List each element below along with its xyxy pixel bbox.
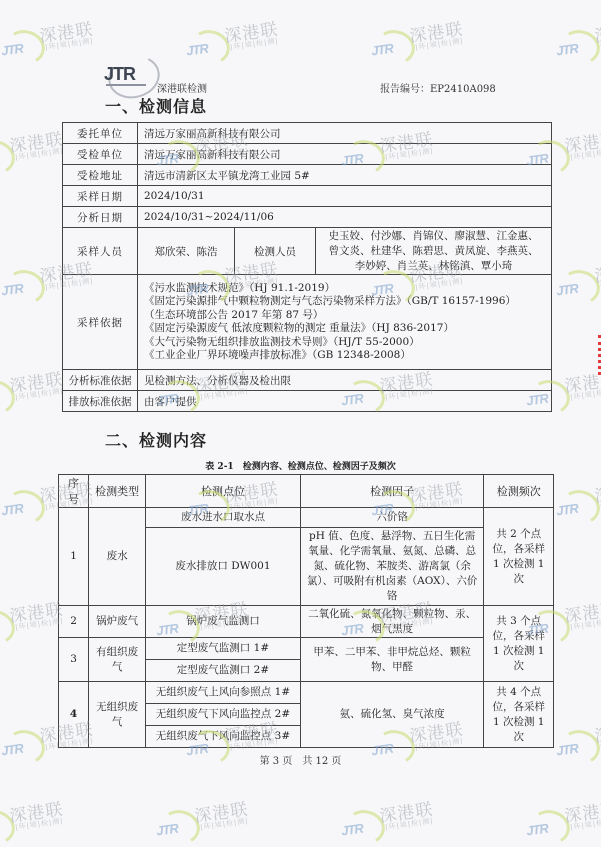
value-analysis-basis: 见检测方法、分析仪器及检出限 xyxy=(138,370,552,391)
label-client: 委托单位 xyxy=(63,123,138,144)
table-header: 序号 检测类型 检测点位 检测因子 检测频次 xyxy=(59,475,554,508)
value-sampling-date: 2024/10/31 xyxy=(138,186,552,207)
value-analysis-date: 2024/10/31~2024/11/06 xyxy=(138,207,552,228)
cell-point: 定型废气监测口 2# xyxy=(146,660,301,682)
cell-factor: 二氧化硫、氮氧化物、颗粒物、汞、烟气黑度 xyxy=(300,606,484,638)
staff-line: 曾文炎、杜建华、陈碧思、黄凤旋、李燕英、 xyxy=(320,244,547,259)
value-sampling-basis: 《污水监测技术规范》（HJ 91.1-2019） 《固定污染源排气中颗粒物测定与… xyxy=(138,275,552,370)
logo-text: JTR xyxy=(104,64,135,85)
watermark-logo-icon: JTR深港联|环|境|检|测| xyxy=(0,793,82,844)
cell-type: 无组织废气 xyxy=(89,682,146,748)
watermark-logo-icon: JTR深港联|环|境|检|测| xyxy=(553,253,601,304)
table-row: 4 无组织废气 无组织废气上风向参照点 1# 氨、硫化氢、臭气浓度 共 4 个点… xyxy=(59,682,554,704)
page-number: 第 3 页 共 12 页 xyxy=(0,752,601,767)
row-staff: 采样人员 郑欣荣、陈浩 检测人员 史玉姣、付沙娜、肖锦仪、廖淑慧、江金惠、 曾文… xyxy=(63,228,552,275)
row-address: 受检地址 清远市清新区太平镇龙湾工业园 5# xyxy=(63,165,552,186)
label-sampling-basis: 采样依据 xyxy=(63,275,138,370)
cell-factor: 氨、硫化氢、臭气浓度 xyxy=(300,682,484,748)
row-inspected: 受检单位 清远万家丽高新科技有限公司 xyxy=(63,144,552,165)
row-client: 委托单位 清远万家丽高新科技有限公司 xyxy=(63,123,552,144)
basis-line: 《固定污染源排气中颗粒物测定与气态污染物采样方法》（GB/T 16157-199… xyxy=(144,295,547,309)
basis-line: 《污水监测技术规范》（HJ 91.1-2019） xyxy=(144,282,547,296)
basis-line: 《大气污染物无组织排放监测技术导则》（HJ/T 55-2000） xyxy=(144,336,547,350)
basis-line: 《固定污染源废气 低浓度颗粒物的测定 重量法》（HJ 836-2017） xyxy=(144,322,547,336)
col-factor: 检测因子 xyxy=(300,475,484,508)
watermark-logo-icon: JTR深港联|环|境|检|测| xyxy=(553,13,601,64)
company-name: 深港联检测 xyxy=(157,80,207,95)
cell-factor: 六价铬 xyxy=(300,508,484,528)
info-table: 委托单位 清远万家丽高新科技有限公司 受检单位 清远万家丽高新科技有限公司 受检… xyxy=(62,122,552,412)
cell-point: 废水排放口 DW001 xyxy=(146,528,301,606)
label-inspected: 受检单位 xyxy=(63,144,138,165)
staff-line: 李妙婷、肖兰英、林铭滇、覃小琦 xyxy=(320,259,547,274)
table-row: 2 锅炉废气 锅炉废气监测口 二氧化硫、氮氧化物、颗粒物、汞、烟气黑度 共 3 … xyxy=(59,606,554,638)
cell-type: 废水 xyxy=(89,508,146,606)
section-title-info: 一、检测信息 xyxy=(105,94,207,117)
jtr-logo: JTR xyxy=(100,62,160,92)
report-page: JTR 深港联检测 报告编号：EP2410A098 一、检测信息 委托单位 清远… xyxy=(0,0,601,847)
cell-no: 1 xyxy=(59,508,89,606)
cell-point: 定型废气监测口 1# xyxy=(146,638,301,660)
cell-factor: 甲苯、二甲苯、非甲烷总烃、颗粒物、甲醛 xyxy=(300,638,484,682)
section-title-content: 二、检测内容 xyxy=(105,428,207,451)
table-row: 3 有组织废气 定型废气监测口 1# 甲苯、二甲苯、非甲烷总烃、颗粒物、甲醛 xyxy=(59,638,554,660)
staff-line: 史玉姣、付沙娜、肖锦仪、廖淑慧、江金惠、 xyxy=(320,229,547,244)
cell-point: 废水进水口取水点 xyxy=(146,508,301,528)
watermark-logo-icon: JTR深港联|环|境|检|测| xyxy=(553,473,601,524)
cell-frequency: 共 2 个点位，各采样 1 次检测 1 次 xyxy=(484,508,554,606)
value-emission-basis: 由客户提供 xyxy=(138,391,552,412)
cell-frequency: 共 3 个点位，各采样 1 次检测 1 次 xyxy=(484,606,554,682)
label-sampling-staff: 采样人员 xyxy=(63,228,138,275)
cell-no: 2 xyxy=(59,606,89,638)
value-sampling-staff: 郑欣荣、陈浩 xyxy=(138,228,235,275)
col-no: 序号 xyxy=(59,475,89,508)
report-number: 报告编号：EP2410A098 xyxy=(380,80,496,95)
label-testing-staff: 检测人员 xyxy=(235,228,316,275)
row-sampling-basis: 采样依据 《污水监测技术规范》（HJ 91.1-2019） 《固定污染源排气中颗… xyxy=(63,275,552,370)
seal-edge-mark xyxy=(593,335,601,375)
cell-frequency: 共 4 个点位，各采样 1 次检测 1 次 xyxy=(484,682,554,748)
col-type: 检测类型 xyxy=(89,475,146,508)
table-row: 1 废水 废水进水口取水点 六价铬 共 2 个点位，各采样 1 次检测 1 次 xyxy=(59,508,554,528)
cell-type: 锅炉废气 xyxy=(89,606,146,638)
basis-line: 《工业企业厂界环境噪声排放标准》（GB 12348-2008） xyxy=(144,349,547,363)
basis-line: （生态环境部公告 2017 年第 87 号） xyxy=(144,309,547,323)
watermark-logo-icon: JTR深港联|环|境|检|测| xyxy=(338,793,452,844)
value-address: 清远市清新区太平镇龙湾工业园 5# xyxy=(138,165,552,186)
value-inspected: 清远万家丽高新科技有限公司 xyxy=(138,144,552,165)
cell-point: 锅炉废气监测口 xyxy=(146,606,301,638)
row-analysis-basis: 分析标准依据 见检测方法、分析仪器及检出限 xyxy=(63,370,552,391)
cell-point: 无组织废气上风向参照点 1# xyxy=(146,682,301,704)
logo-tagline-bar xyxy=(106,84,146,86)
cell-no: 4 xyxy=(59,682,89,748)
value-client: 清远万家丽高新科技有限公司 xyxy=(138,123,552,144)
watermark-logo-icon: JTR深港联|环|境|检|测| xyxy=(523,793,601,844)
cell-point: 无组织废气下风向监控点 2# xyxy=(146,704,301,726)
row-sampling-date: 采样日期 2024/10/31 xyxy=(63,186,552,207)
table-caption: 表 2-1 检测内容、检测点位、检测因子及频次 xyxy=(0,459,601,472)
label-analysis-basis: 分析标准依据 xyxy=(63,370,138,391)
col-point: 检测点位 xyxy=(146,475,301,508)
content-table: 序号 检测类型 检测点位 检测因子 检测频次 1 废水 废水进水口取水点 六价铬… xyxy=(58,474,554,748)
label-analysis-date: 分析日期 xyxy=(63,207,138,228)
row-emission-basis: 排放标准依据 由客户提供 xyxy=(63,391,552,412)
watermark-logo-icon: JTR深港联|环|境|检|测| xyxy=(153,793,267,844)
watermark-logo-icon: JTR深港联|环|境|检|测| xyxy=(183,13,297,64)
cell-type: 有组织废气 xyxy=(89,638,146,682)
cell-no: 3 xyxy=(59,638,89,682)
watermark-logo-icon: JTR深港联|环|境|检|测| xyxy=(368,13,482,64)
value-testing-staff: 史玉姣、付沙娜、肖锦仪、廖淑慧、江金惠、 曾文炎、杜建华、陈碧思、黄凤旋、李燕英… xyxy=(316,228,552,275)
row-analysis-date: 分析日期 2024/10/31~2024/11/06 xyxy=(63,207,552,228)
watermark-logo-icon: JTR深港联|环|境|检|测| xyxy=(0,13,112,64)
label-address: 受检地址 xyxy=(63,165,138,186)
label-sampling-date: 采样日期 xyxy=(63,186,138,207)
cell-factor: pH 值、色度、悬浮物、五日生化需氧量、化学需氧量、氨氮、总磷、总氮、硫化物、苯… xyxy=(300,528,484,606)
col-frequency: 检测频次 xyxy=(484,475,554,508)
cell-point: 无组织废气下风向监控点 3# xyxy=(146,726,301,748)
label-emission-basis: 排放标准依据 xyxy=(63,391,138,412)
